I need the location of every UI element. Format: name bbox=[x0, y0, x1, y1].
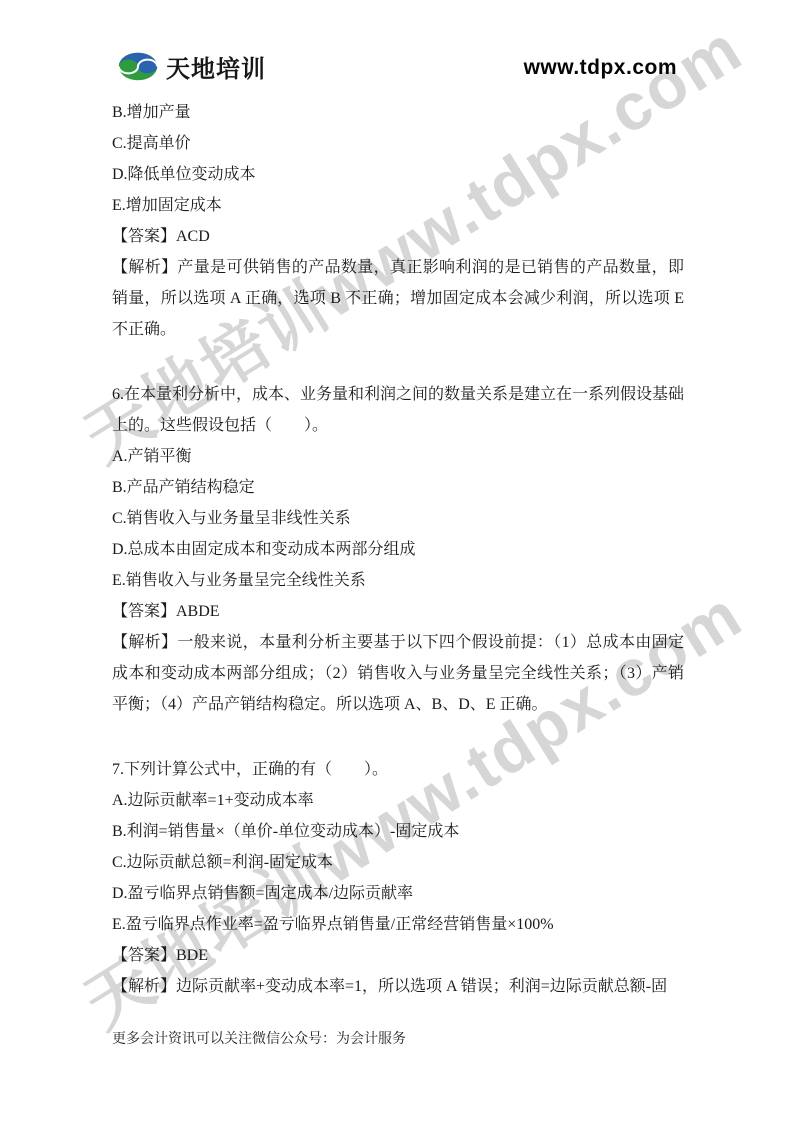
paragraph: D.降低单位变动成本 bbox=[112, 159, 684, 190]
paragraph-spacer bbox=[112, 720, 684, 754]
paragraph: D.总成本由固定成本和变动成本两部分组成 bbox=[112, 534, 684, 565]
paragraph: 【解析】边际贡献率+变动成本率=1，所以选项 A 错误；利润=边际贡献总额-固 bbox=[112, 971, 684, 1002]
paragraph: E.盈亏临界点作业率=盈亏临界点销售量/正常经营销售量×100% bbox=[112, 909, 684, 940]
paragraph: C.提高单价 bbox=[112, 128, 684, 159]
paragraph: B.增加产量 bbox=[112, 97, 684, 128]
swirl-logo-icon bbox=[116, 48, 160, 85]
paragraph: A.边际贡献率=1+变动成本率 bbox=[112, 785, 684, 816]
paragraph: 【答案】BDE bbox=[112, 940, 684, 971]
paragraph: 【解析】产量是可供销售的产品数量，真正影响利润的是已销售的产品数量，即销量，所以… bbox=[112, 252, 684, 345]
paragraph: D.盈亏临界点销售额=固定成本/边际贡献率 bbox=[112, 878, 684, 909]
paragraph: 【解析】一般来说，本量利分析主要基于以下四个假设前提：（1）总成本由固定成本和变… bbox=[112, 627, 684, 720]
paragraph: C.销售收入与业务量呈非线性关系 bbox=[112, 503, 684, 534]
paragraph: C.边际贡献总额=利润-固定成本 bbox=[112, 847, 684, 878]
paragraph: E.销售收入与业务量呈完全线性关系 bbox=[112, 565, 684, 596]
document-body: B.增加产量C.提高单价D.降低单位变动成本E.增加固定成本【答案】ACD【解析… bbox=[112, 97, 684, 1002]
paragraph: 6.在本量利分析中，成本、业务量和利润之间的数量关系是建立在一系列假设基础上的。… bbox=[112, 379, 684, 441]
paragraph: 【答案】ACD bbox=[112, 221, 684, 252]
brand-name: 天地培训 bbox=[166, 49, 266, 84]
paragraph: B.利润=销售量×（单价-单位变动成本）-固定成本 bbox=[112, 816, 684, 847]
footer-note: 更多会计资讯可以关注微信公众号：为会计服务 bbox=[112, 1030, 406, 1050]
paragraph-spacer bbox=[112, 345, 684, 379]
paragraph: E.增加固定成本 bbox=[112, 190, 684, 221]
paragraph: 7.下列计算公式中，正确的有（ ）。 bbox=[112, 754, 684, 785]
brand-logo: 天地培训 bbox=[116, 48, 266, 85]
document-page: 天地培训www.tdpx.com 天地培训www.tdpx.com 天地培训 w… bbox=[0, 0, 793, 1122]
paragraph: A.产销平衡 bbox=[112, 441, 684, 472]
website-url: www.tdpx.com bbox=[524, 56, 677, 80]
paragraph: 【答案】ABDE bbox=[112, 596, 684, 627]
page-header: 天地培训 www.tdpx.com bbox=[0, 0, 793, 100]
paragraph: B.产品产销结构稳定 bbox=[112, 472, 684, 503]
